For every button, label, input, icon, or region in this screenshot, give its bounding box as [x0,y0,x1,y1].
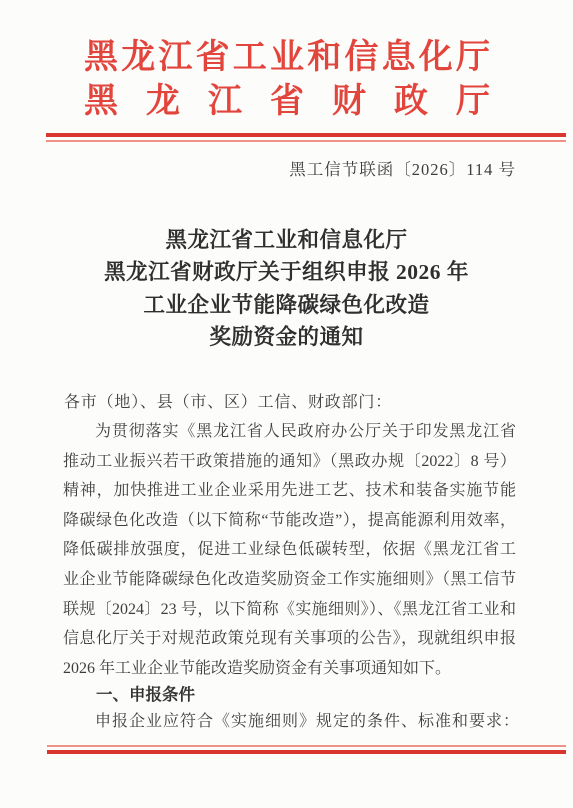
document-title: 黑龙江省工业和信息化厅 黑龙江省财政厅关于组织申报 2026 年 工业企业节能降… [0,224,573,354]
body-line-4: 降碳绿色化改造（以下简称“节能改造”），提高能源利用效率， [63,506,516,536]
header-rule-thin-line [46,140,566,142]
title-line-3: 工业企业节能降碳绿色化改造 [0,289,573,321]
title-line-4: 奖励资金的通知 [0,321,573,353]
footer-double-rule [47,745,566,754]
salutation: 各市（地）、县（市、区）工信、财政部门： [64,391,529,415]
body-line-7: 联规〔2024〕23 号，以下简称《实施细则》）、《黑龙江省工业和 [63,595,516,625]
footer-rule-thick-line [47,750,566,754]
section-heading: 一、申报条件 [63,683,516,707]
body-line-5: 降低碳排放强度，促进工业绿色低碳转型，依据《黑龙江省工 [63,535,516,565]
letterhead-org-line1: 黑龙江省工业和信息化厅 [84,36,490,80]
body-paragraph: 为贯彻落实《黑龙江省人民政府办公厅关于印发黑龙江省 推动工业振兴若干政策措施的通… [63,417,516,683]
header-double-rule [46,133,566,142]
body-line-8: 信息化厅关于对规范政策兑现有关事项的公告》，现就组织申报 [63,624,516,654]
body-line-3: 精神，加快推进工业企业采用先进工艺、技术和装备实施节能 [63,476,516,506]
section-requirement-line: 申报企业应符合《实施细则》规定的条件、标准和要求： [63,710,523,734]
title-line-1: 黑龙江省工业和信息化厅 [0,224,573,256]
body-line-9: 2026 年工业企业节能改造奖励资金有关事项通知如下。 [63,654,516,684]
letterhead-org-line2: 黑龙江省财政厅 [84,80,490,124]
document-number: 黑工信节联函〔2026〕114 号 [63,158,516,182]
body-line-1: 为贯彻落实《黑龙江省人民政府办公厅关于印发黑龙江省 [63,417,516,447]
document-page: 黑龙江省工业和信息化厅 黑龙江省财政厅 黑工信节联函〔2026〕114 号 黑龙… [0,0,573,808]
title-line-2: 黑龙江省财政厅关于组织申报 2026 年 [0,256,573,288]
body-line-2: 推动工业振兴若干政策措施的通知》（黑政办规〔2022〕8 号） [63,447,516,477]
body-line-6: 业企业节能降碳绿色化改造奖励资金工作实施细则》（黑工信节 [63,565,516,595]
letterhead: 黑龙江省工业和信息化厅 黑龙江省财政厅 [84,36,490,124]
